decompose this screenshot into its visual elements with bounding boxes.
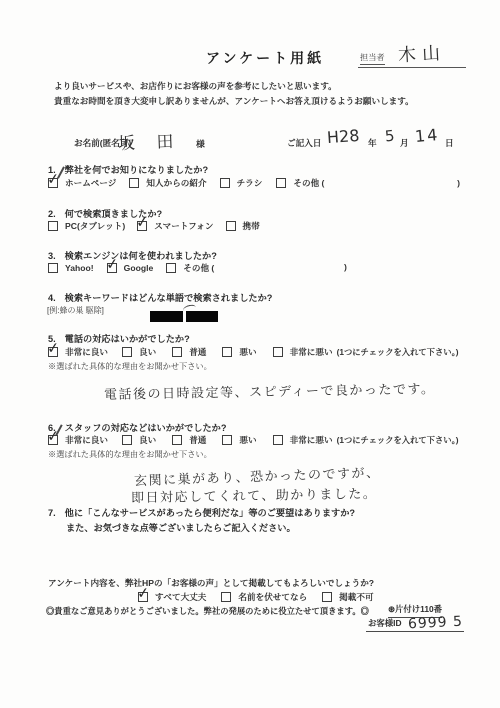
q7-title: 7.他に「こんなサービスがあったら便利だな」等のご要望はありますか? — [48, 505, 355, 519]
q3-options: Yahoo! Google その他 ( — [48, 262, 214, 274]
staff-label: 担当者 — [360, 52, 385, 65]
q6-answer-handwriting-line2: 即日対応してくれて、助かりました。 — [131, 483, 378, 506]
q2-option-label: 携帯 — [243, 220, 260, 232]
q1-options: ホームページ 知人からの紹介 チラシ その他 ( ) — [48, 177, 460, 189]
q1-text: 弊社を何でお知りになりましたか? — [65, 165, 208, 175]
q2-option-label: PC(タブレット) — [65, 220, 125, 232]
q3-option-label: その他 ( — [183, 262, 214, 274]
honorific-label: 様 — [196, 137, 205, 150]
q5-answer-handwriting: 電話後の日時設定等、スピディーで良かったです。 — [104, 378, 436, 403]
q1-option-label: チラシ — [237, 177, 263, 189]
intro-text: より良いサービスや、お店作りにお客様の声を参考にしたいと思います。 貴重なお時間… — [54, 79, 414, 109]
q1-option-label: ホームページ — [65, 177, 116, 189]
year-suffix: 年 — [368, 137, 377, 149]
publish-options: すべて大丈夫 名前を伏せてなら 掲載不可 — [138, 591, 374, 603]
q5-option-label: 非常に良い — [65, 346, 108, 358]
q6-option-label: 普通 — [189, 434, 206, 446]
q2-options: PC(タブレット) スマートフォン 携帯 — [48, 220, 260, 232]
q6-checkbox-bad — [222, 435, 232, 445]
q5-option-label: 良い — [139, 346, 156, 358]
staff-field: 担当者 木山 — [358, 38, 466, 68]
q6-checkbox-very-bad — [273, 435, 283, 445]
q5-checkbox-very-bad — [273, 347, 283, 357]
q1-option-label: 知人からの紹介 — [146, 177, 206, 189]
q5-text: 電話の対応はいかがでしたか? — [65, 334, 190, 344]
q2-checkbox-mobile — [226, 221, 236, 231]
publish-question: アンケート内容を、弊社HPの「お客様の声」として掲載してもよろしいでしょうか? — [48, 577, 374, 589]
q1-title: 1.弊社を何でお知りになりましたか? — [48, 162, 208, 176]
q2-checkbox-pc — [48, 221, 58, 231]
q5-option-label: 普通 — [189, 346, 206, 358]
q5-option-label: 悪い — [239, 346, 256, 358]
q4-number: 4. — [48, 293, 56, 303]
day-handwriting: 14 — [414, 125, 440, 146]
q3-title: 3.検索エンジンは何を使われましたか? — [48, 248, 217, 262]
q3-checkbox-other — [166, 263, 176, 273]
date-label: ご記入日 — [287, 137, 321, 149]
q6-checkbox-normal — [172, 435, 182, 445]
q6-options: 非常に良い 良い 普通 悪い 非常に悪い (1つにチェックを入れて下さい。) — [48, 434, 458, 446]
q6-option-label: 非常に悪い — [290, 434, 333, 446]
q4-text: 検索キーワードはどんな単語で検索されましたか? — [65, 293, 273, 303]
intro-line-1: より良いサービスや、お店作りにお客様の声を参考にしたいと思います。 — [54, 79, 414, 94]
customer-id-handwriting: 6999 5 — [408, 614, 464, 633]
q6-title: 6.スタッフの対応などはいかがでしたか? — [48, 420, 226, 434]
q5-title: 5.電話の対応はいかがでしたか? — [48, 331, 190, 345]
q3-checkbox-yahoo — [48, 263, 58, 273]
q6-option-label: 非常に良い — [65, 434, 108, 446]
thanks-text: ◎貴重なご意見ありがとうございました。弊社の発展のために役立たせて頂きます。◎ — [46, 605, 369, 617]
name-date-row: お名前(匿名可) 坂 田 様 ご記入日 H28 年 5 月 14 日 — [72, 128, 472, 156]
q1-checkbox-flyer — [220, 178, 230, 188]
q6-checkbox-very-good — [48, 435, 58, 445]
staff-name-handwriting: 木山 — [397, 39, 446, 67]
q6-followup: ※選ばれた具体的な理由をお聞かせ下さい。 — [48, 449, 212, 460]
publish-checkbox-anonymous — [221, 592, 231, 602]
era-year-handwriting: H28 — [326, 126, 360, 147]
redaction-box — [186, 311, 218, 322]
q2-number: 2. — [48, 209, 56, 219]
q2-option-label: スマートフォン — [154, 220, 213, 232]
page-title: アンケート用紙 — [206, 48, 324, 68]
month-suffix: 月 — [400, 137, 409, 149]
q5-checkbox-normal — [172, 347, 182, 357]
publish-option-label: 掲載不可 — [339, 591, 373, 603]
publish-option-label: 名前を伏せてなら — [238, 591, 307, 603]
q6-checkbox-good — [122, 435, 132, 445]
q6-option-label: 悪い — [239, 434, 256, 446]
q3-option-label: Yahoo! — [65, 263, 94, 273]
q3-checkbox-google — [107, 263, 117, 273]
q4-example: [例:蜂の巣 駆除] — [47, 305, 104, 316]
intro-line-2: 貴重なお時間を頂き大変申し訳ありませんが、アンケートへお答え頂けるようお願いしま… — [54, 94, 414, 109]
q5-option-label: 非常に悪い — [290, 346, 333, 358]
q3-option-label: Google — [124, 263, 154, 273]
q7-text-line1: 他に「こんなサービスがあったら便利だな」等のご要望はありますか? — [65, 508, 355, 518]
day-suffix: 日 — [445, 137, 454, 149]
name-handwriting: 坂 田 — [118, 127, 182, 154]
publish-checkbox-no — [322, 592, 332, 602]
q6-option-label: 良い — [139, 434, 156, 446]
q5-checkbox-bad — [222, 347, 232, 357]
q5-checkbox-very-good — [48, 347, 58, 357]
q3-text: 検索エンジンは何を使われましたか? — [65, 251, 217, 261]
q1-checkbox-other — [276, 178, 286, 188]
publish-checkbox-all-ok — [138, 592, 148, 602]
customer-id-field: お客様ID 6999 5 — [366, 614, 464, 632]
q6-note: (1つにチェックを入れて下さい。) — [337, 434, 459, 446]
q2-checkbox-smartphone — [137, 221, 147, 231]
q7-number: 7. — [48, 508, 56, 518]
q5-followup: ※選ばれた具体的な理由をお聞かせ下さい。 — [48, 361, 212, 372]
q5-checkbox-good — [122, 347, 132, 357]
publish-option-label: すべて大丈夫 — [155, 591, 206, 603]
customer-id-label: お客様ID — [368, 617, 402, 629]
q5-note: (1つにチェックを入れて下さい。) — [337, 346, 459, 358]
q1-checkbox-homepage — [48, 178, 58, 188]
month-handwriting: 5 — [384, 127, 395, 146]
questionnaire-sheet: アンケート用紙 担当者 木山 より良いサービスや、お店作りにお客様の声を参考にし… — [0, 0, 500, 708]
q3-number: 3. — [48, 251, 56, 261]
q1-close-paren: ) — [457, 178, 460, 188]
q6-text: スタッフの対応などはいかがでしたか? — [65, 423, 227, 433]
redaction-box — [150, 311, 183, 322]
q3-close-paren: ) — [344, 262, 347, 272]
q1-checkbox-referral — [129, 178, 139, 188]
q1-option-label: その他 ( — [293, 177, 324, 189]
q5-options: 非常に良い 良い 普通 悪い 非常に悪い (1つにチェックを入れて下さい。) — [48, 346, 458, 358]
q7-text-line2: また、お気づきな点等ございましたらご記入ください。 — [66, 520, 296, 534]
q4-title: 4.検索キーワードはどんな単語で検索されましたか? — [48, 290, 272, 304]
